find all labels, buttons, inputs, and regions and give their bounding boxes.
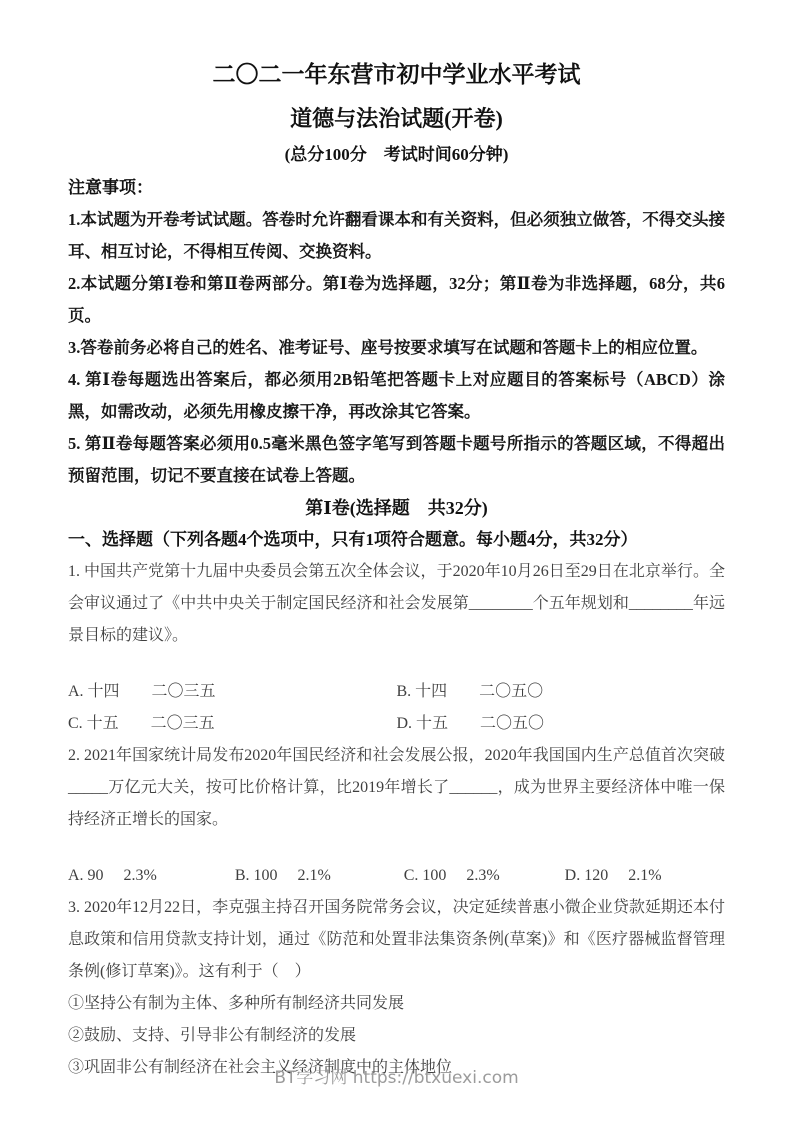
question-1-option-d: D. 十五 二〇五〇 — [397, 708, 726, 740]
question-1-option-c: C. 十五 二〇三五 — [68, 708, 397, 740]
notice-item-3: 3.答卷前务必将自己的姓名、准考证号、座号按要求填写在试题和答题卡上的相应位置。 — [68, 332, 725, 364]
section1-instruction: 一、选择题（下列各题4个选项中，只有1项符合题意。每小题4分，共32分） — [68, 524, 725, 556]
section1-title: 第Ⅰ卷(选择题 共32分) — [68, 492, 725, 524]
exam-score-time: (总分100分 考试时间60分钟) — [68, 144, 725, 166]
exam-paper-page: 二〇二一年东营市初中学业水平考试 道德与法治试题(开卷) (总分100分 考试时… — [0, 0, 793, 1122]
notice-heading: 注意事项： — [68, 172, 725, 204]
notice-item-5: 5. 第Ⅱ卷每题答案必须用0.5毫米黑色签字笔写到答题卡题号所指示的答题区域，不… — [68, 428, 725, 492]
question-1-option-b: B. 十四 二〇五〇 — [397, 676, 726, 708]
question-2-option-b: B. 100 2.1% — [235, 860, 404, 892]
question-1-options: A. 十四 二〇三五 B. 十四 二〇五〇 C. 十五 二〇三五 D. 十五 二… — [68, 676, 725, 740]
notice-item-1: 1.本试题为开卷考试试题。答卷时允许翻看课本和有关资料，但必须独立做答，不得交头… — [68, 204, 725, 268]
notice-item-4: 4. 第Ⅰ卷每题选出答案后，都必须用2B铅笔把答题卡上对应题目的答案标号（ABC… — [68, 364, 725, 428]
exam-subtitle: 道德与法治试题(开卷) — [68, 106, 725, 132]
question-3-item-2: ②鼓励、支持、引导非公有制经济的发展 — [68, 1020, 725, 1052]
question-2-options: A. 90 2.3% B. 100 2.1% C. 100 2.3% D. 12… — [68, 860, 725, 892]
question-3-item-1: ①坚持公有制为主体、多种所有制经济共同发展 — [68, 988, 725, 1020]
question-2-option-a: A. 90 2.3% — [68, 860, 235, 892]
question-2-option-d: D. 120 2.1% — [565, 860, 725, 892]
question-1-stem: 1. 中国共产党第十九届中央委员会第五次全体会议，于2020年10月26日至29… — [68, 556, 725, 652]
question-2-stem: 2. 2021年国家统计局发布2020年国民经济和社会发展公报，2020年我国国… — [68, 740, 725, 836]
site-watermark: BT学习网 https://btxuexi.com — [0, 1063, 793, 1088]
question-1-option-a: A. 十四 二〇三五 — [68, 676, 397, 708]
question-2-option-c: C. 100 2.3% — [404, 860, 565, 892]
exam-title: 二〇二一年东营市初中学业水平考试 — [68, 62, 725, 88]
question-3-stem: 3. 2020年12月22日，李克强主持召开国务院常务会议，决定延续普惠小微企业… — [68, 892, 725, 988]
notice-item-2: 2.本试题分第Ⅰ卷和第Ⅱ卷两部分。第Ⅰ卷为选择题，32分；第Ⅱ卷为非选择题，68… — [68, 268, 725, 332]
